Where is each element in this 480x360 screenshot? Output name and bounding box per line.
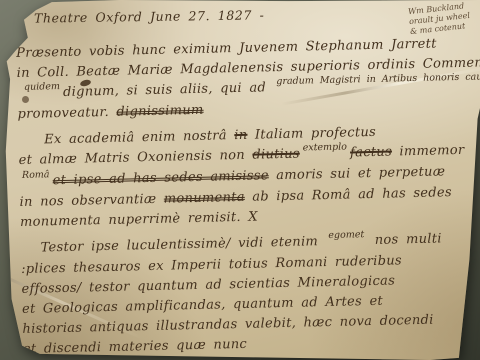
text-segment: et almæ Matris Oxoniensis non (18, 148, 252, 168)
text-segment: amoris sui et perpetuæ (269, 164, 446, 183)
paper-shadow-wrap: Theatre Oxford June 27. 1827 - Wm Buckla… (0, 0, 480, 360)
struck-text: dignissimum (116, 103, 203, 120)
text-segment: nos multi (367, 231, 442, 248)
text-segment: Ex academiâ enim nostrâ (44, 128, 234, 147)
struck-text: monumenta (164, 190, 245, 207)
manuscript-paper: Theatre Oxford June 27. 1827 - Wm Buckla… (0, 0, 480, 360)
inserted-text: quidem (24, 81, 60, 93)
author-annotation: Wm Buckland orault ju wheel & ma cotenut (408, 1, 472, 37)
inserted-text: egomet (328, 229, 364, 241)
text-segment: immemor (392, 143, 465, 160)
text-segment: et discendi materies quæ nunc (23, 337, 247, 357)
manuscript-body: Præsento vobis hunc eximium Juvenem Step… (16, 34, 480, 360)
struck-text: et ipse ad has sedes amisisse (52, 168, 268, 188)
manuscript-photograph: Theatre Oxford June 27. 1827 - Wm Buckla… (0, 0, 480, 360)
text-segment: Testor ipse luculentissimè/ vidi etenim (40, 234, 325, 255)
dateline: Theatre Oxford June 27. 1827 - (34, 7, 265, 25)
text-segment: dignum, si suis aliis, qui ad (63, 80, 274, 100)
text-segment: monumenta nuperrimè remisit. X (20, 210, 258, 230)
text-segment: promoveatur. (17, 105, 116, 122)
inserted-text: extemplo (303, 142, 348, 154)
text-segment: in nos observantiæ (19, 192, 164, 210)
inserted-text: Româ (22, 169, 50, 181)
text-segment: ab ipsa Româ ad has sedes (245, 185, 452, 205)
struck-text: diutius (252, 147, 300, 163)
text-segment: Italiam profectus (247, 125, 376, 143)
struck-text: factus (350, 144, 392, 160)
struck-text: in (234, 128, 247, 143)
